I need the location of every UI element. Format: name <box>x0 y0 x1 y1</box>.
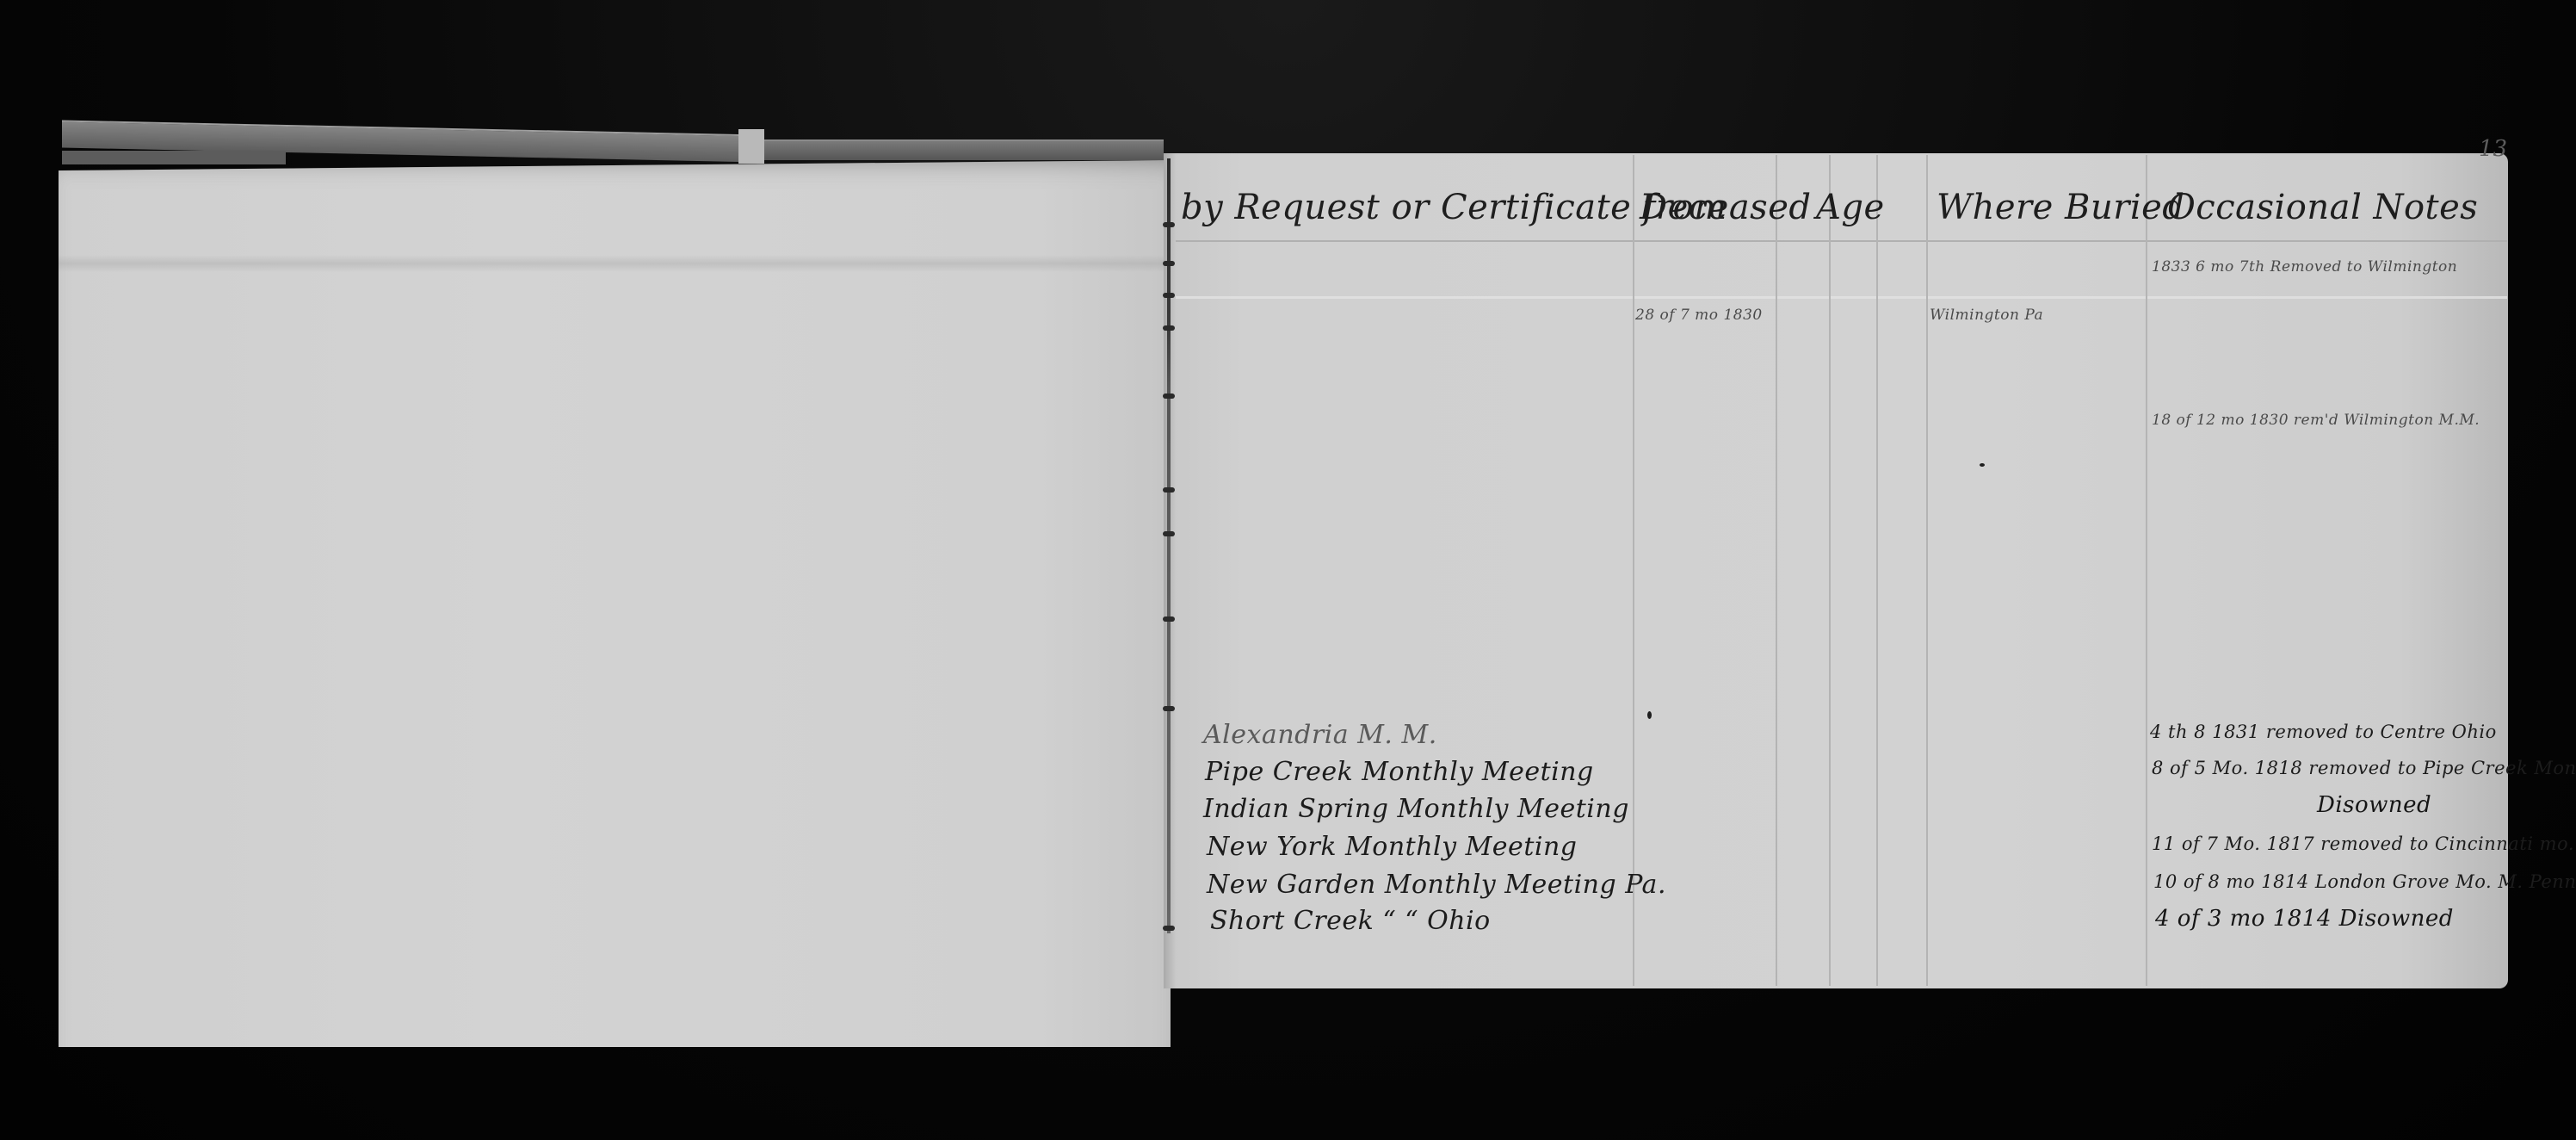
deceased-date: 28 of 7 mo 1830 <box>1635 307 1763 324</box>
certificate-from-entry: New York Monthly Meeting <box>1207 832 1578 862</box>
binding-stitch <box>1163 393 1175 399</box>
right-page-ledger <box>1164 153 2508 988</box>
certificate-from-entry: New Garden Monthly Meeting Pa. <box>1207 870 1666 900</box>
page-fold <box>59 255 1171 272</box>
binding-stitch <box>1163 293 1175 298</box>
fold-rule <box>1176 296 2507 299</box>
column-divider <box>1926 155 1928 986</box>
page-number: 13 <box>2479 136 2507 162</box>
column-divider <box>2146 155 2147 986</box>
note-entry: 4 th 8 1831 removed to Centre Ohio <box>2150 722 2497 742</box>
binding-stitch <box>1163 487 1175 493</box>
note-entry: 8 of 5 Mo. 1818 removed to Pipe Creek Mo… <box>2152 758 2576 778</box>
header-rule <box>1176 240 2507 242</box>
certificate-from-entry: Short Creek “ “ Ohio <box>1210 906 1491 936</box>
page-stack-edge <box>62 151 286 164</box>
note-entry: 4 of 3 mo 1814 Disowned <box>2155 906 2454 932</box>
binding-stitch <box>1163 926 1175 931</box>
certificate-from-entry: Indian Spring Monthly Meeting <box>1203 794 1629 824</box>
column-divider <box>1776 155 1777 986</box>
page-stack-edge <box>738 129 764 164</box>
binding-stitch <box>1163 616 1175 622</box>
note-entry: 11 of 7 Mo. 1817 removed to Cincinnati m… <box>2152 833 2576 854</box>
note-entry: Disowned <box>2317 792 2431 818</box>
ink-blot <box>1980 463 1985 467</box>
certificate-from-entry: Alexandria M. M. <box>1203 720 1437 750</box>
header-occasional-notes: Occasional Notes <box>2167 188 2478 227</box>
header-where-buried: Where Buried <box>1937 188 2184 227</box>
certificate-from-entry: Pipe Creek Monthly Meeting <box>1205 757 1594 787</box>
binding-stitch <box>1163 222 1175 227</box>
note-entry: 10 of 8 mo 1814 London Grove Mo. M. Penn… <box>2153 871 2576 892</box>
left-page-blank <box>59 160 1171 1047</box>
header-deceased: Deceased <box>1640 188 1811 227</box>
column-divider <box>1829 155 1831 986</box>
binding-stitch <box>1163 261 1175 266</box>
ink-blot <box>1647 711 1652 719</box>
binding-stitch <box>1163 706 1175 711</box>
column-divider <box>1876 155 1878 986</box>
note-entry: 18 of 12 mo 1830 rem'd Wilmington M.M. <box>2152 412 2480 429</box>
binding-stitch <box>1163 325 1175 331</box>
note-entry: 1833 6 mo 7th Removed to Wilmington <box>2152 258 2457 276</box>
binding-thread <box>1167 158 1171 933</box>
header-age: Age <box>1816 188 1885 227</box>
page-stack-edge <box>759 139 1164 160</box>
column-divider <box>1633 155 1634 986</box>
where-buried-entry: Wilmington Pa <box>1930 307 2043 324</box>
binding-stitch <box>1163 531 1175 536</box>
